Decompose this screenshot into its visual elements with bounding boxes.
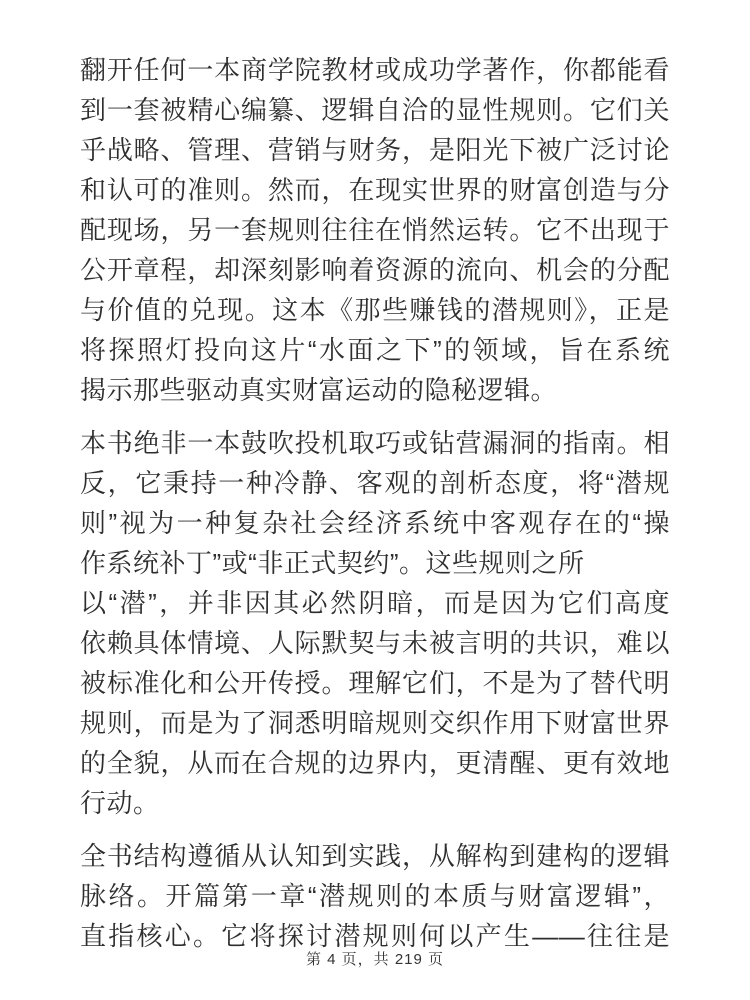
text-line: 规则，而是为了洞悉明暗规则交织作用下财富世界 [80,703,670,743]
text-line: 以“潜”，并非因其必然阴暗，而是因为它们高度 [80,583,670,623]
page-footer: 第 4 页，共 219 页 [0,948,750,969]
text-line: 翻开任何一本商学院教材或成功学著作，你都能看 [80,50,670,90]
text-line: 揭示那些驱动真实财富运动的隐秘逻辑。 [80,370,670,410]
text-line: 脉络。开篇第一章“潜规则的本质与财富逻辑”， [80,876,670,916]
text-line: 和认可的准则。然而，在现实世界的财富创造与分 [80,170,670,210]
text-line: 公开章程，却深刻影响着资源的流向、机会的分配 [80,250,670,290]
text-line: 则”视为一种复杂社会经济系统中客观存在的“操 [80,503,670,543]
paragraph-1: 翻开任何一本商学院教材或成功学著作，你都能看 到一套被精心编纂、逻辑自洽的显性规… [80,50,670,410]
paragraph-3: 全书结构遵循从认知到实践，从解构到建构的逻辑 脉络。开篇第一章“潜规则的本质与财… [80,836,670,956]
text-line: 反，它秉持一种冷静、客观的剖析态度，将“潜规 [80,463,670,503]
document-page: 翻开任何一本商学院教材或成功学著作，你都能看 到一套被精心编纂、逻辑自洽的显性规… [0,0,750,1000]
text-line: 依赖具体情境、人际默契与未被言明的共识，难以 [80,623,670,663]
text-line: 全书结构遵循从认知到实践，从解构到建构的逻辑 [80,836,670,876]
text-line: 被标准化和公开传授。理解它们，不是为了替代明 [80,663,670,703]
text-line: 的全貌，从而在合规的边界内，更清醒、更有效地 [80,743,670,783]
text-line: 本书绝非一本鼓吹投机取巧或钻营漏洞的指南。相 [80,423,670,463]
text-line: 配现场，另一套规则往往在悄然运转。它不出现于 [80,210,670,250]
document-body: 翻开任何一本商学院教材或成功学著作，你都能看 到一套被精心编纂、逻辑自洽的显性规… [80,50,670,956]
text-line: 到一套被精心编纂、逻辑自洽的显性规则。它们关 [80,90,670,130]
text-line: 行动。 [80,783,670,823]
text-line: 乎战略、管理、营销与财务，是阳光下被广泛讨论 [80,130,670,170]
paragraph-2: 本书绝非一本鼓吹投机取巧或钻营漏洞的指南。相 反，它秉持一种冷静、客观的剖析态度… [80,423,670,823]
text-line: 作系统补丁”或“非正式契约”。这些规则之所 [80,543,670,583]
text-line: 将探照灯投向这片“水面之下”的领域，旨在系统 [80,330,670,370]
text-line: 与价值的兑现。这本《那些赚钱的潜规则》，正是 [80,290,670,330]
